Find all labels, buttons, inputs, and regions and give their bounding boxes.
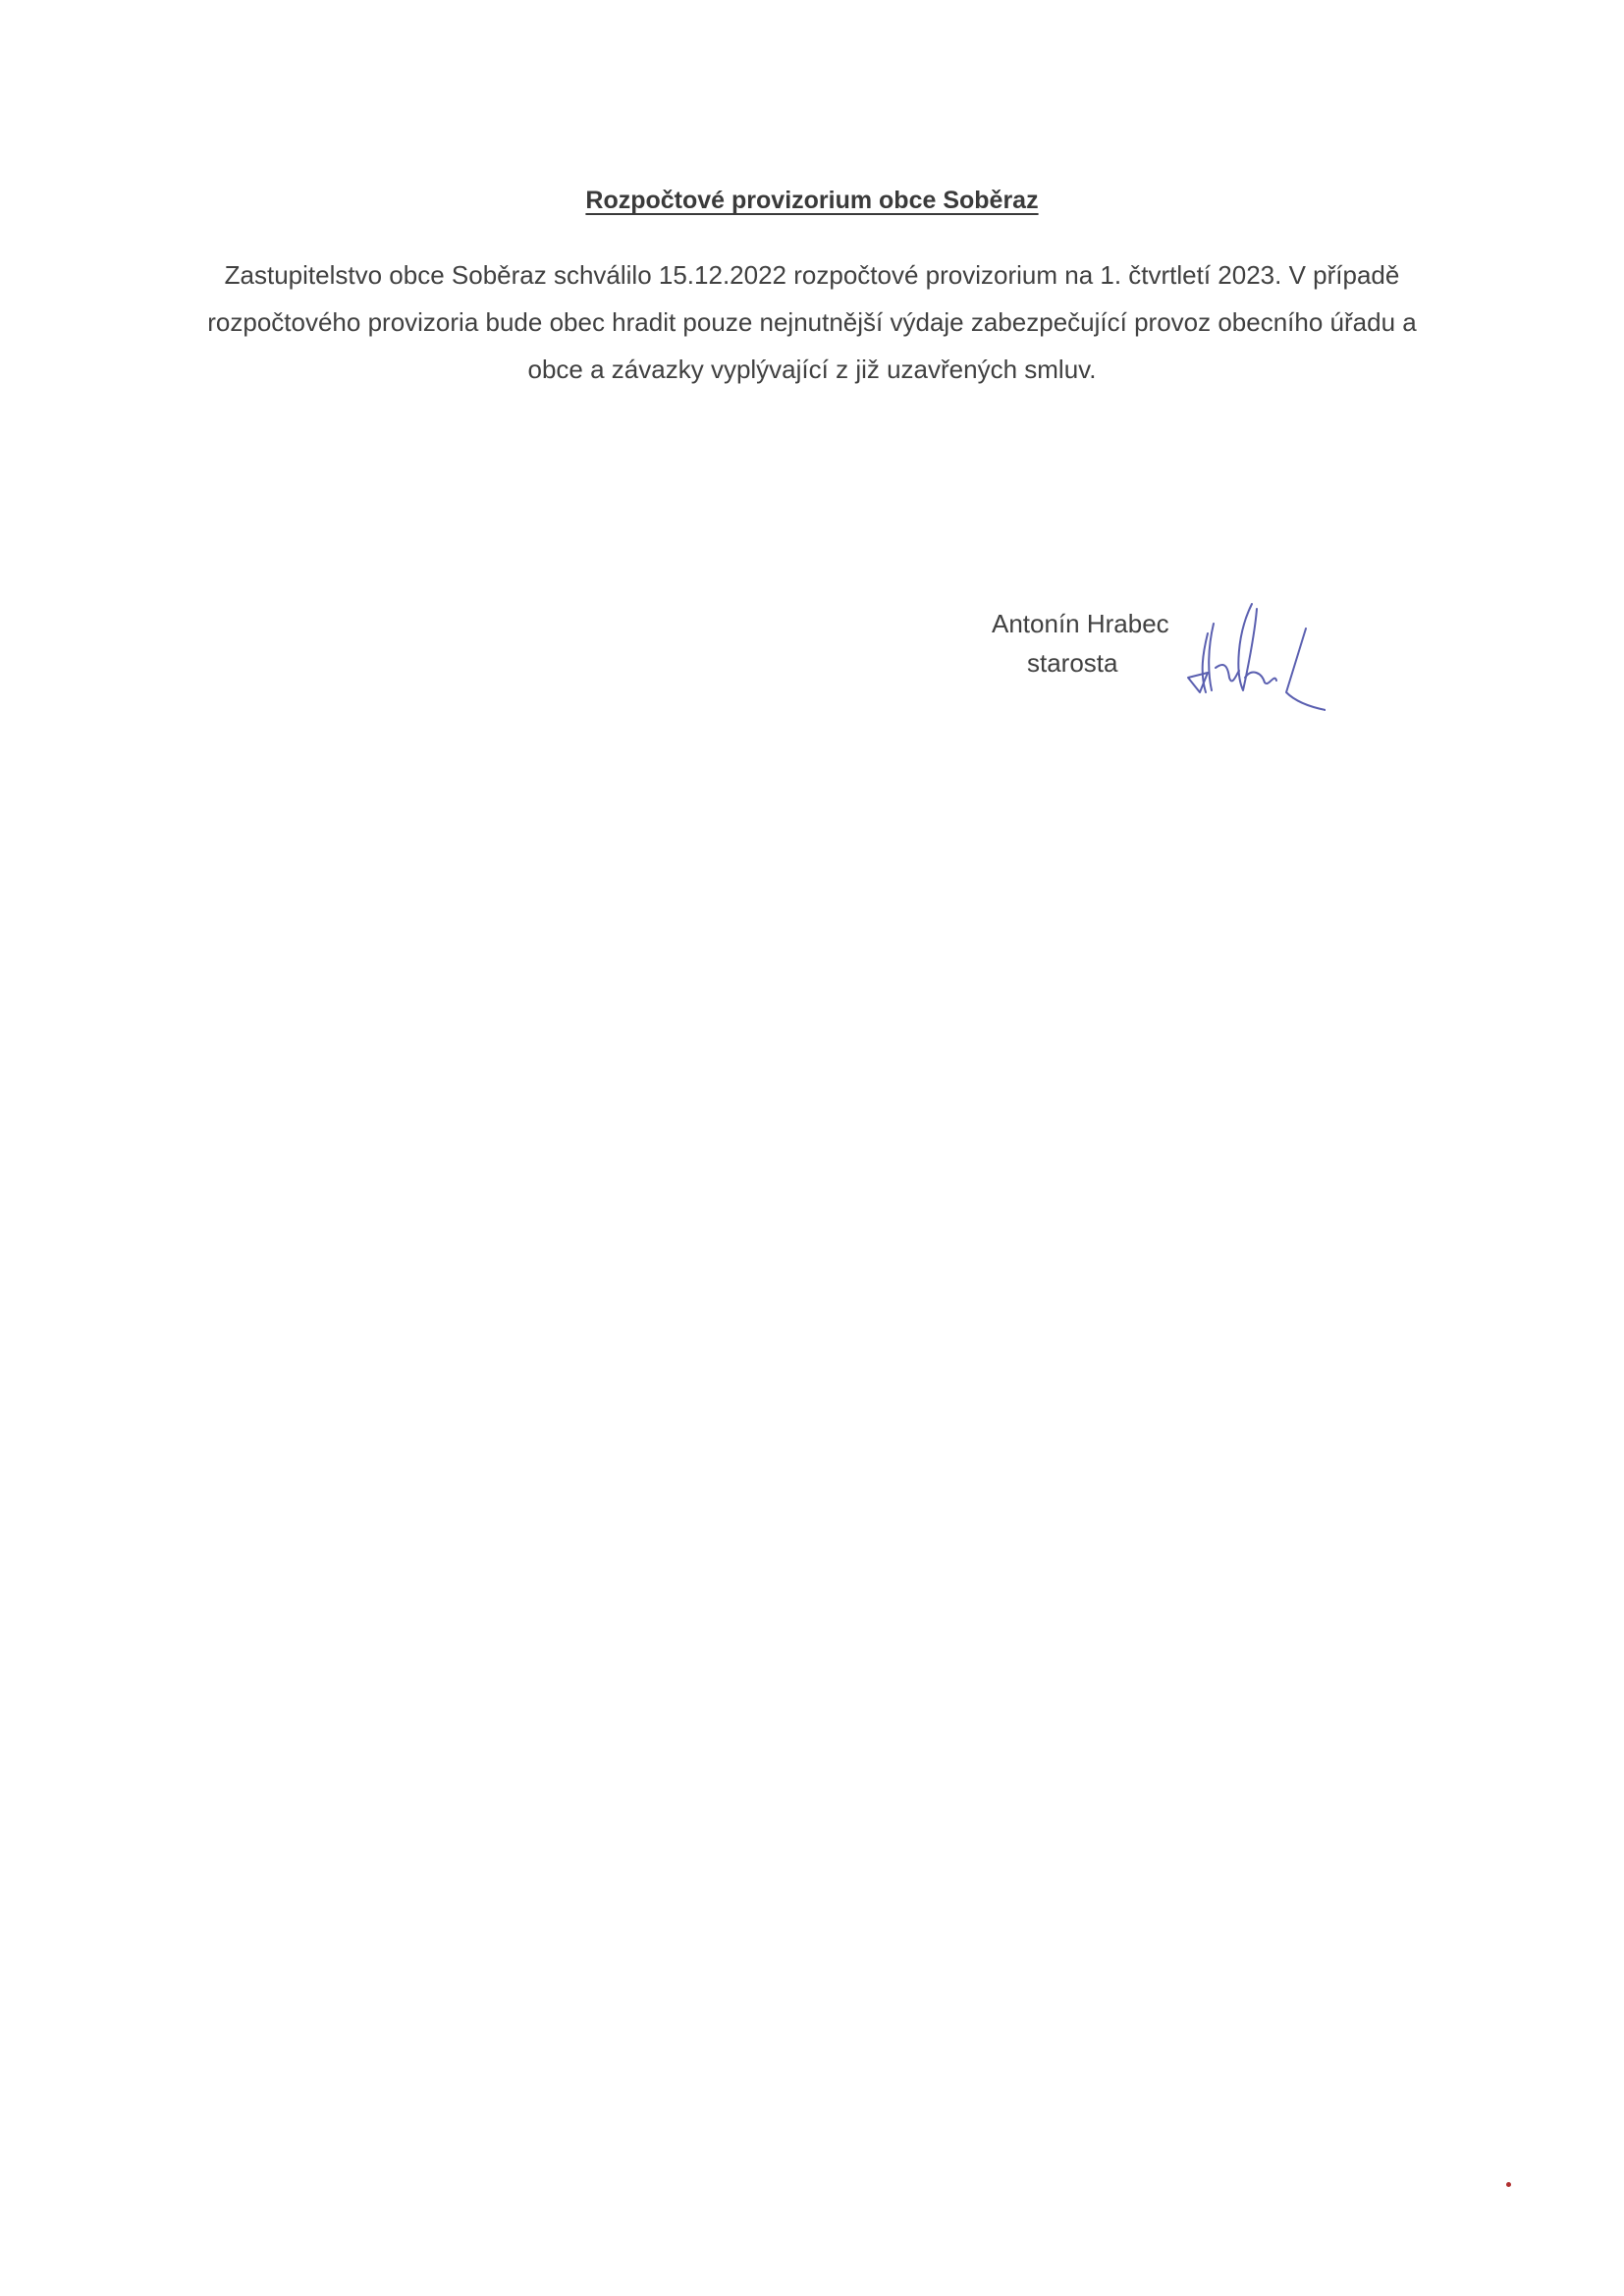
scan-speck	[1506, 2182, 1511, 2187]
document-title: Rozpočtové provizorium obce Soběraz	[0, 187, 1624, 215]
signatory-name: Antonín Hrabec	[992, 609, 1169, 639]
document-title-text: Rozpočtové provizorium obce Soběraz	[585, 187, 1038, 214]
signatory-role: starosta	[1027, 648, 1118, 679]
document-paragraph: Zastupitelstvo obce Soběraz schválilo 15…	[206, 251, 1418, 393]
handwritten-signature-icon	[1178, 594, 1326, 712]
